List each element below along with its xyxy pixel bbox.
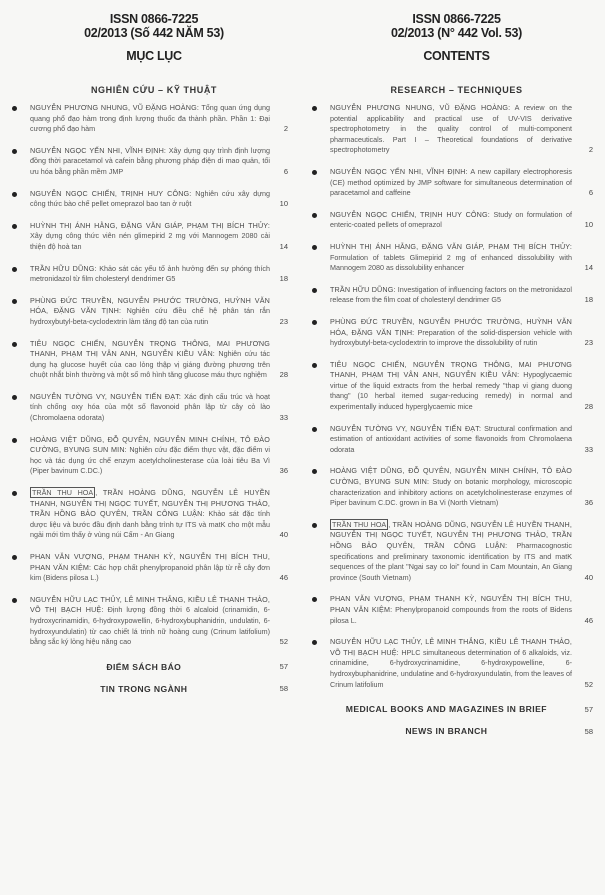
article-entry[interactable]: TRẦN HỮU DŨNG: Khảo sát các yếu tố ảnh h… <box>8 264 300 285</box>
bullet-icon <box>312 170 317 175</box>
supplementary-section-label: TIN TRONG NGÀNH <box>8 684 280 694</box>
page-number: 18 <box>280 274 300 285</box>
boxed-author: TRẦN THU HOA <box>330 519 388 530</box>
bullet-icon <box>312 106 317 111</box>
article-text: NGUYỄN HỮU LẠC THỦY, LÊ MINH THẮNG, KIỀU… <box>30 595 270 648</box>
issn-label: ISSN 0866-7225 <box>8 12 300 26</box>
bullet-icon <box>12 491 17 496</box>
article-authors: HUỲNH THỊ ÁNH HẰNG, ĐẶNG VĂN GIÁP, PHẠM … <box>30 221 270 230</box>
vietnamese-contents-column: ISSN 0866-7225 02/2013 (Số 442 NĂM 53) M… <box>0 0 300 895</box>
article-entry[interactable]: NGUYỄN HỮU LẠC THỦY, LÊ MINH THẮNG, KIỀU… <box>308 637 605 690</box>
bullet-icon <box>312 597 317 602</box>
bullet-icon <box>12 224 17 229</box>
article-text: PHAN VĂN VƯỢNG, PHẠM THANH KỲ, NGUYỄN TH… <box>30 552 270 584</box>
article-text: TRẦN THU HOA, TRẦN HOÀNG DŨNG, NGUYỄN LÊ… <box>30 488 270 541</box>
page-number: 40 <box>585 573 605 584</box>
article-text: HOÀNG VIỆT DŨNG, ĐỖ QUYÊN, NGUYỄN MINH C… <box>330 466 572 508</box>
article-text: NGUYỄN NGỌC CHIẾN, TRỊNH HUY CÔNG: Nghiê… <box>30 189 270 210</box>
article-title: Xây dựng công thức viên nén glimepirid 2… <box>30 231 270 251</box>
article-text: NGUYỄN NGỌC YẾN NHI, VĨNH ĐỊNH: Xây dựng… <box>30 146 270 178</box>
page-number: 52 <box>585 680 605 691</box>
bullet-icon <box>12 149 17 154</box>
english-contents-column: ISSN 0866-7225 02/2013 (N° 442 Vol. 53) … <box>300 0 605 895</box>
article-entry[interactable]: PHAN VĂN VƯỢNG, PHẠM THANH KỲ, NGUYỄN TH… <box>8 552 300 584</box>
page-number: 23 <box>585 338 605 349</box>
page-number: 14 <box>585 263 605 274</box>
article-authors: NGUYỄN TƯỜNG VY, NGUYỄN TIẾN ĐẠT: <box>330 424 481 433</box>
article-entry[interactable]: TRẦN THU HOA, TRẦN HOÀNG DŨNG, NGUYỄN LÊ… <box>308 520 605 584</box>
bullet-icon <box>312 469 317 474</box>
article-text: NGUYỄN NGỌC CHIẾN, TRỊNH HUY CÔNG: Study… <box>330 210 572 231</box>
page-number: 28 <box>280 370 300 381</box>
supplementary-section-entry[interactable]: TIN TRONG NGÀNH 58 <box>8 681 300 697</box>
article-authors: NGUYỄN NGỌC YẾN NHI, VĨNH ĐỊNH: <box>330 167 468 176</box>
article-entry[interactable]: NGUYỄN NGỌC CHIẾN, TRỊNH HUY CÔNG: Study… <box>308 210 605 231</box>
page-number: 58 <box>280 684 300 693</box>
page-number: 6 <box>589 188 605 199</box>
article-entry[interactable]: NGUYỄN TƯỜNG VY, NGUYỄN TIẾN ĐẠT: Xác đị… <box>8 392 300 424</box>
article-entry[interactable]: HOÀNG VIỆT DŨNG, ĐỖ QUYÊN, NGUYỄN MINH C… <box>308 466 605 508</box>
issue-label: 02/2013 (Số 442 NĂM 53) <box>8 26 300 40</box>
article-text: NGUYỄN NGỌC YẾN NHI, VĨNH ĐỊNH: A new ca… <box>330 167 572 199</box>
bullet-icon <box>312 288 317 293</box>
supplementary-section-entry[interactable]: ĐIỂM SÁCH BÁO 57 <box>8 659 300 675</box>
article-text: TRẦN THU HOA, TRẦN HOÀNG DŨNG, NGUYỄN LÊ… <box>330 520 572 584</box>
article-entry[interactable]: TIÊU NGỌC CHIẾN, NGUYỄN TRỌNG THÔNG, MAI… <box>8 339 300 381</box>
vietnamese-header: ISSN 0866-7225 02/2013 (Số 442 NĂM 53) M… <box>8 12 300 63</box>
article-text: NGUYỄN TƯỜNG VY, NGUYỄN TIẾN ĐẠT: Xác đị… <box>30 392 270 424</box>
bullet-icon <box>312 523 317 528</box>
bullet-icon <box>12 555 17 560</box>
article-authors: NGUYỄN PHƯƠNG NHUNG, VŨ ĐẶNG HOÀNG: <box>30 103 199 112</box>
supplementary-section-label: NEWS IN BRANCH <box>308 726 585 736</box>
page-number: 18 <box>585 295 605 306</box>
issn-label: ISSN 0866-7225 <box>308 12 605 26</box>
article-entry[interactable]: NGUYỄN HỮU LẠC THỦY, LÊ MINH THẮNG, KIỀU… <box>8 595 300 648</box>
bullet-icon <box>312 320 317 325</box>
bullet-icon <box>312 363 317 368</box>
issue-label: 02/2013 (N° 442 Vol. 53) <box>308 26 605 40</box>
article-entry[interactable]: HOÀNG VIỆT DŨNG, ĐỖ QUYÊN, NGUYỄN MINH C… <box>8 435 300 477</box>
article-entry[interactable]: NGUYỄN NGỌC CHIẾN, TRỊNH HUY CÔNG: Nghiê… <box>8 189 300 210</box>
article-authors: TRẦN HỮU DŨNG: <box>330 285 396 294</box>
supplementary-section-entry[interactable]: NEWS IN BRANCH 58 <box>308 723 605 739</box>
article-entry[interactable]: PHÙNG ĐỨC TRUYỀN, NGUYỄN PHƯỚC TRƯỜNG, H… <box>308 317 605 349</box>
article-list: NGUYỄN PHƯƠNG NHUNG, VŨ ĐẶNG HOÀNG: Tổng… <box>8 103 300 648</box>
table-of-contents-page: ISSN 0866-7225 02/2013 (Số 442 NĂM 53) M… <box>0 0 605 895</box>
article-text: HUỲNH THỊ ÁNH HẰNG, ĐẶNG VĂN GIÁP, PHẠM … <box>30 221 270 253</box>
section-heading: NGHIÊN CỨU – KỸ THUẬT <box>8 85 300 95</box>
article-list: NGUYỄN PHƯƠNG NHUNG, VŨ ĐẶNG HOÀNG: A re… <box>308 103 605 690</box>
page-number: 33 <box>585 445 605 456</box>
article-authors: HUỲNH THỊ ÁNH HẰNG, ĐẶNG VĂN GIÁP, PHẠM … <box>330 242 572 251</box>
bullet-icon <box>12 106 17 111</box>
article-text: HOÀNG VIỆT DŨNG, ĐỖ QUYÊN, NGUYỄN MINH C… <box>30 435 270 477</box>
article-authors: NGUYỄN NGỌC CHIẾN, TRỊNH HUY CÔNG: <box>30 189 191 198</box>
page-number: 2 <box>284 124 300 135</box>
article-text: TIÊU NGỌC CHIẾN, NGUYỄN TRỌNG THÔNG, MAI… <box>330 360 572 413</box>
article-entry[interactable]: NGUYỄN NGỌC YẾN NHI, VĨNH ĐỊNH: A new ca… <box>308 167 605 199</box>
article-entry[interactable]: TRẦN HỮU DŨNG: Investigation of influenc… <box>308 285 605 306</box>
article-entry[interactable]: TRẦN THU HOA, TRẦN HOÀNG DŨNG, NGUYỄN LÊ… <box>8 488 300 541</box>
page-number: 2 <box>589 145 605 156</box>
article-text: HUỲNH THỊ ÁNH HẰNG, ĐẶNG VĂN GIÁP, PHẠM … <box>330 242 572 274</box>
page-number: 57 <box>280 662 300 671</box>
article-text: NGUYỄN PHƯƠNG NHUNG, VŨ ĐẶNG HOÀNG: A re… <box>330 103 572 156</box>
section-heading: RESEARCH – TECHNIQUES <box>308 85 605 95</box>
page-number: 10 <box>280 199 300 210</box>
supplementary-section-label: MEDICAL BOOKS AND MAGAZINES IN BRIEF <box>308 704 585 714</box>
bullet-icon <box>12 299 17 304</box>
article-text: PHAN VĂN VƯỢNG, PHẠM THANH KỲ, NGUYỄN TH… <box>330 594 572 626</box>
article-authors: NGUYỄN NGỌC CHIẾN, TRỊNH HUY CÔNG: <box>330 210 490 219</box>
article-entry[interactable]: TIÊU NGỌC CHIẾN, NGUYỄN TRỌNG THÔNG, MAI… <box>308 360 605 413</box>
article-authors: NGUYỄN PHƯƠNG NHUNG, VŨ ĐẶNG HOÀNG: <box>330 103 510 112</box>
article-authors: TRẦN HỮU DŨNG: <box>30 264 97 273</box>
page-number: 36 <box>280 466 300 477</box>
article-text: TRẦN HỮU DŨNG: Investigation of influenc… <box>330 285 572 306</box>
page-number: 52 <box>280 637 300 648</box>
article-entry[interactable]: NGUYỄN NGỌC YẾN NHI, VĨNH ĐỊNH: Xây dựng… <box>8 146 300 178</box>
article-authors: NGUYỄN NGỌC YẾN NHI, VĨNH ĐỊNH: <box>30 146 166 155</box>
article-entry[interactable]: PHAN VĂN VƯỢNG, PHẠM THANH KỲ, NGUYỄN TH… <box>308 594 605 626</box>
page-number: 14 <box>280 242 300 253</box>
page-number: 57 <box>585 705 605 714</box>
contents-title: MỤC LỤC <box>8 49 300 63</box>
contents-title: CONTENTS <box>308 49 605 63</box>
bullet-icon <box>12 342 17 347</box>
page-number: 33 <box>280 413 300 424</box>
bullet-icon <box>12 598 17 603</box>
bullet-icon <box>12 267 17 272</box>
supplementary-sections: MEDICAL BOOKS AND MAGAZINES IN BRIEF 57 … <box>308 701 605 739</box>
article-entry[interactable]: NGUYỄN PHƯƠNG NHUNG, VŨ ĐẶNG HOÀNG: A re… <box>308 103 605 156</box>
article-entry[interactable]: PHÙNG ĐỨC TRUYỀN, NGUYỄN PHƯỚC TRƯỜNG, H… <box>8 296 300 328</box>
page-number: 58 <box>585 727 605 736</box>
page-number: 40 <box>280 530 300 541</box>
page-number: 46 <box>280 573 300 584</box>
article-entry[interactable]: NGUYỄN PHƯƠNG NHUNG, VŨ ĐẶNG HOÀNG: Tổng… <box>8 103 300 135</box>
page-number: 6 <box>284 167 300 178</box>
article-text: NGUYỄN PHƯƠNG NHUNG, VŨ ĐẶNG HOÀNG: Tổng… <box>30 103 270 135</box>
supplementary-section-entry[interactable]: MEDICAL BOOKS AND MAGAZINES IN BRIEF 57 <box>308 701 605 717</box>
page-number: 10 <box>585 220 605 231</box>
bullet-icon <box>312 640 317 645</box>
page-number: 46 <box>585 616 605 627</box>
article-text: TIÊU NGỌC CHIẾN, NGUYỄN TRỌNG THÔNG, MAI… <box>30 339 270 381</box>
article-text: NGUYỄN TƯỜNG VY, NGUYỄN TIẾN ĐẠT: Struct… <box>330 424 572 456</box>
article-entry[interactable]: NGUYỄN TƯỜNG VY, NGUYỄN TIẾN ĐẠT: Struct… <box>308 424 605 456</box>
supplementary-sections: ĐIỂM SÁCH BÁO 57 TIN TRONG NGÀNH 58 <box>8 659 300 697</box>
article-text: PHÙNG ĐỨC TRUYỀN, NGUYỄN PHƯỚC TRƯỜNG, H… <box>30 296 270 328</box>
article-title: Formulation of tablets Glimepirid 2 mg o… <box>330 253 572 273</box>
bullet-icon <box>12 395 17 400</box>
bullet-icon <box>12 438 17 443</box>
article-text: TRẦN HỮU DŨNG: Khảo sát các yếu tố ảnh h… <box>30 264 270 285</box>
bullet-icon <box>312 245 317 250</box>
bullet-icon <box>312 427 317 432</box>
article-text: NGUYỄN HỮU LẠC THỦY, LÊ MINH THẮNG, KIỀU… <box>330 637 572 690</box>
english-header: ISSN 0866-7225 02/2013 (N° 442 Vol. 53) … <box>308 12 605 63</box>
bullet-icon <box>312 213 317 218</box>
article-text: PHÙNG ĐỨC TRUYỀN, NGUYỄN PHƯỚC TRƯỜNG, H… <box>330 317 572 349</box>
page-number: 28 <box>585 402 605 413</box>
article-entry[interactable]: HUỲNH THỊ ÁNH HẰNG, ĐẶNG VĂN GIÁP, PHẠM … <box>308 242 605 274</box>
supplementary-section-label: ĐIỂM SÁCH BÁO <box>8 662 280 672</box>
boxed-author: TRẦN THU HOA <box>30 487 95 498</box>
bullet-icon <box>12 192 17 197</box>
article-entry[interactable]: HUỲNH THỊ ÁNH HẰNG, ĐẶNG VĂN GIÁP, PHẠM … <box>8 221 300 253</box>
page-number: 36 <box>585 498 605 509</box>
page-number: 23 <box>280 317 300 328</box>
article-authors: NGUYỄN TƯỜNG VY, NGUYỄN TIẾN ĐẠT: <box>30 392 181 401</box>
